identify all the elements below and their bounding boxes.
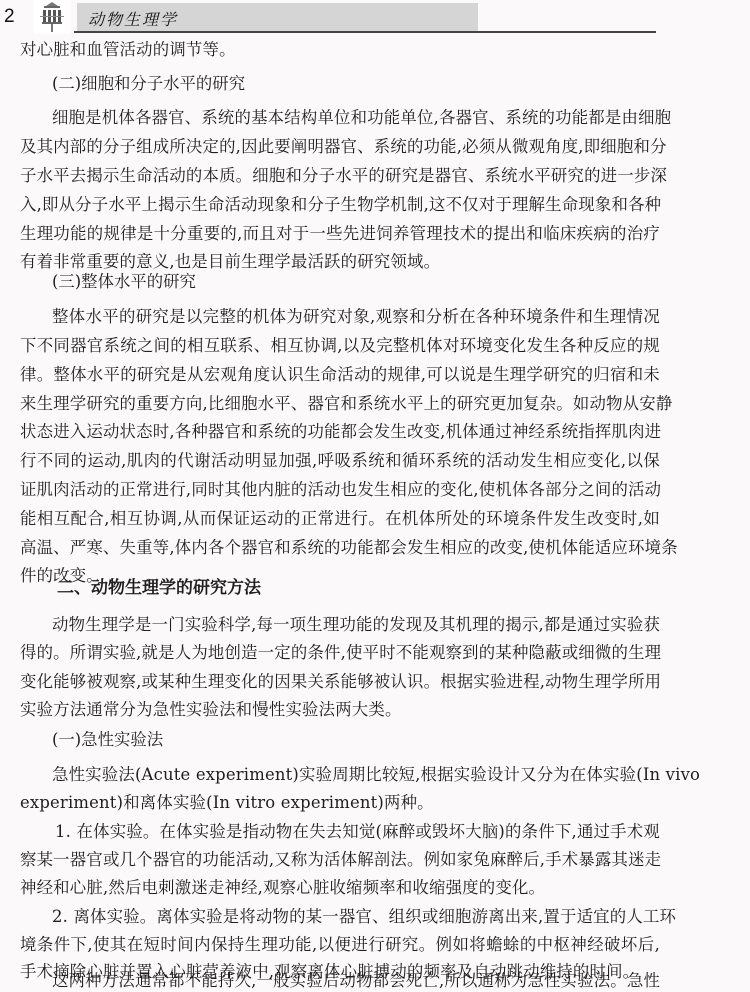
header-rule [74, 31, 656, 33]
paragraph-line: 急性实验法(Acute experiment)实验周期比较短,根据实验设计又分为… [52, 765, 660, 785]
paragraph-line: 得的。所谓实验,就是人为地创造一定的条件,使平时不能观察到的某种隐蔽或细微的生理 [20, 643, 660, 663]
paragraph-line: 来生理学研究的重要方向,比细胞水平、器官和系统水平上的研究更加复杂。如动物从安静 [20, 394, 660, 414]
subheading-cell-level: (二)细胞和分子水平的研究 [52, 74, 245, 94]
paragraph-line: 实验方法通常分为急性实验法和慢性实验法两大类。 [20, 700, 660, 720]
paragraph-line: 及其内部的分子组成所决定的,因此要阐明器官、系统的功能,必须从微观角度,即细胞和… [20, 137, 660, 157]
book-title: 动物生理学 [88, 7, 178, 30]
paragraph-line: 察某一器官或几个器官的功能活动,又称为活体解剖法。例如家兔麻醉后,手术暴露其迷走 [20, 850, 660, 870]
paragraph-line: 状态进入运动状态时,各种器官和系统的功能都会发生改变,机体通过神经系统指挥肌肉进 [20, 422, 660, 442]
paragraph-line: 整体水平的研究是以完整的机体为研究对象,观察和分析在各种环境条件和生理情况 [52, 307, 660, 327]
subheading-whole-level: (三)整体水平的研究 [52, 272, 196, 292]
paragraph-line: 律。整体水平的研究是从宏观角度认识生命活动的规律,可以说是生理学研究的归宿和未 [20, 365, 660, 385]
section-heading-methods: 二、动物生理学的研究方法 [57, 578, 261, 598]
paragraph-line: 能相互配合,相互协调,从而保证运动的正常进行。在机体所处的环境条件发生改变时,如 [20, 509, 660, 529]
paragraph-line: 入,即从分子水平上揭示生命活动现象和分子生物学机制,这不仅对于理解生命现象和各种 [20, 195, 660, 215]
paragraph-line: 证肌肉活动的正常进行,同时其他内脏的活动也发生相应的变化,使机体各部分之间的活动 [20, 480, 660, 500]
columned-building-logo-icon [34, 0, 70, 34]
paragraph-line: 下不同器官系统之间的相互联系、相互协调,以及完整机体对环境变化发生各种反应的规 [20, 336, 660, 356]
paragraph-line: 变化能够被观察,或某种生理变化的因果关系能够被认识。根据实验进程,动物生理学所用 [20, 672, 660, 692]
paragraph-line: 神经和心脏,然后电刺激迷走神经,观察心脏收缩频率和收缩强度的变化。 [20, 878, 660, 898]
paragraph-line: experiment)和离体实验(In vitro experiment)两种。 [20, 793, 660, 813]
subheading-acute: (一)急性实验法 [52, 730, 163, 750]
intro-line: 对心脏和血管活动的调节等。 [20, 40, 660, 60]
paragraph-line: 这两种方法通常都不能持久,一般实验后动物都会死亡,所以通称为急性实验法。急性 [52, 971, 660, 991]
paragraph-line: 高温、严寒、失重等,体内各个器官和系统的功能都会发生相应的改变,使机体能适应环境… [20, 538, 660, 558]
paragraph-line: 行不同的运动,肌肉的代谢活动明显加强,呼吸系统和循环系统的活动发生相应变化,以保 [20, 451, 660, 471]
paragraph-line: 境条件下,使其在短时间内保持生理功能,以便进行研究。例如将蟾蜍的中枢神经破坏后, [20, 935, 660, 955]
paragraph-line: 有着非常重要的意义,也是目前生理学最活跃的研究领域。 [20, 252, 660, 272]
paragraph-line: 细胞是机体各器官、系统的基本结构单位和功能单位,各器官、系统的功能都是由细胞 [52, 108, 660, 128]
paragraph-line: 1. 在体实验。在体实验是指动物在失去知觉(麻醉或毁坏大脑)的条件下,通过手术观 [55, 822, 660, 842]
paragraph-line: 2. 离体实验。离体实验是将动物的某一器官、组织或细胞游离出来,置于适宜的人工环 [52, 907, 660, 927]
paragraph-line: 动物生理学是一门实验科学,每一项生理功能的发现及其机理的揭示,都是通过实验获 [52, 615, 660, 635]
paragraph-line: 子水平去揭示生命活动的本质。细胞和分子水平的研究是器官、系统水平研究的进一步深 [20, 166, 660, 186]
paragraph-line: 生理功能的规律是十分重要的,而且对于一些先进饲养管理技术的提出和临床疾病的治疗 [20, 224, 660, 244]
page-number: 2 [4, 6, 15, 28]
